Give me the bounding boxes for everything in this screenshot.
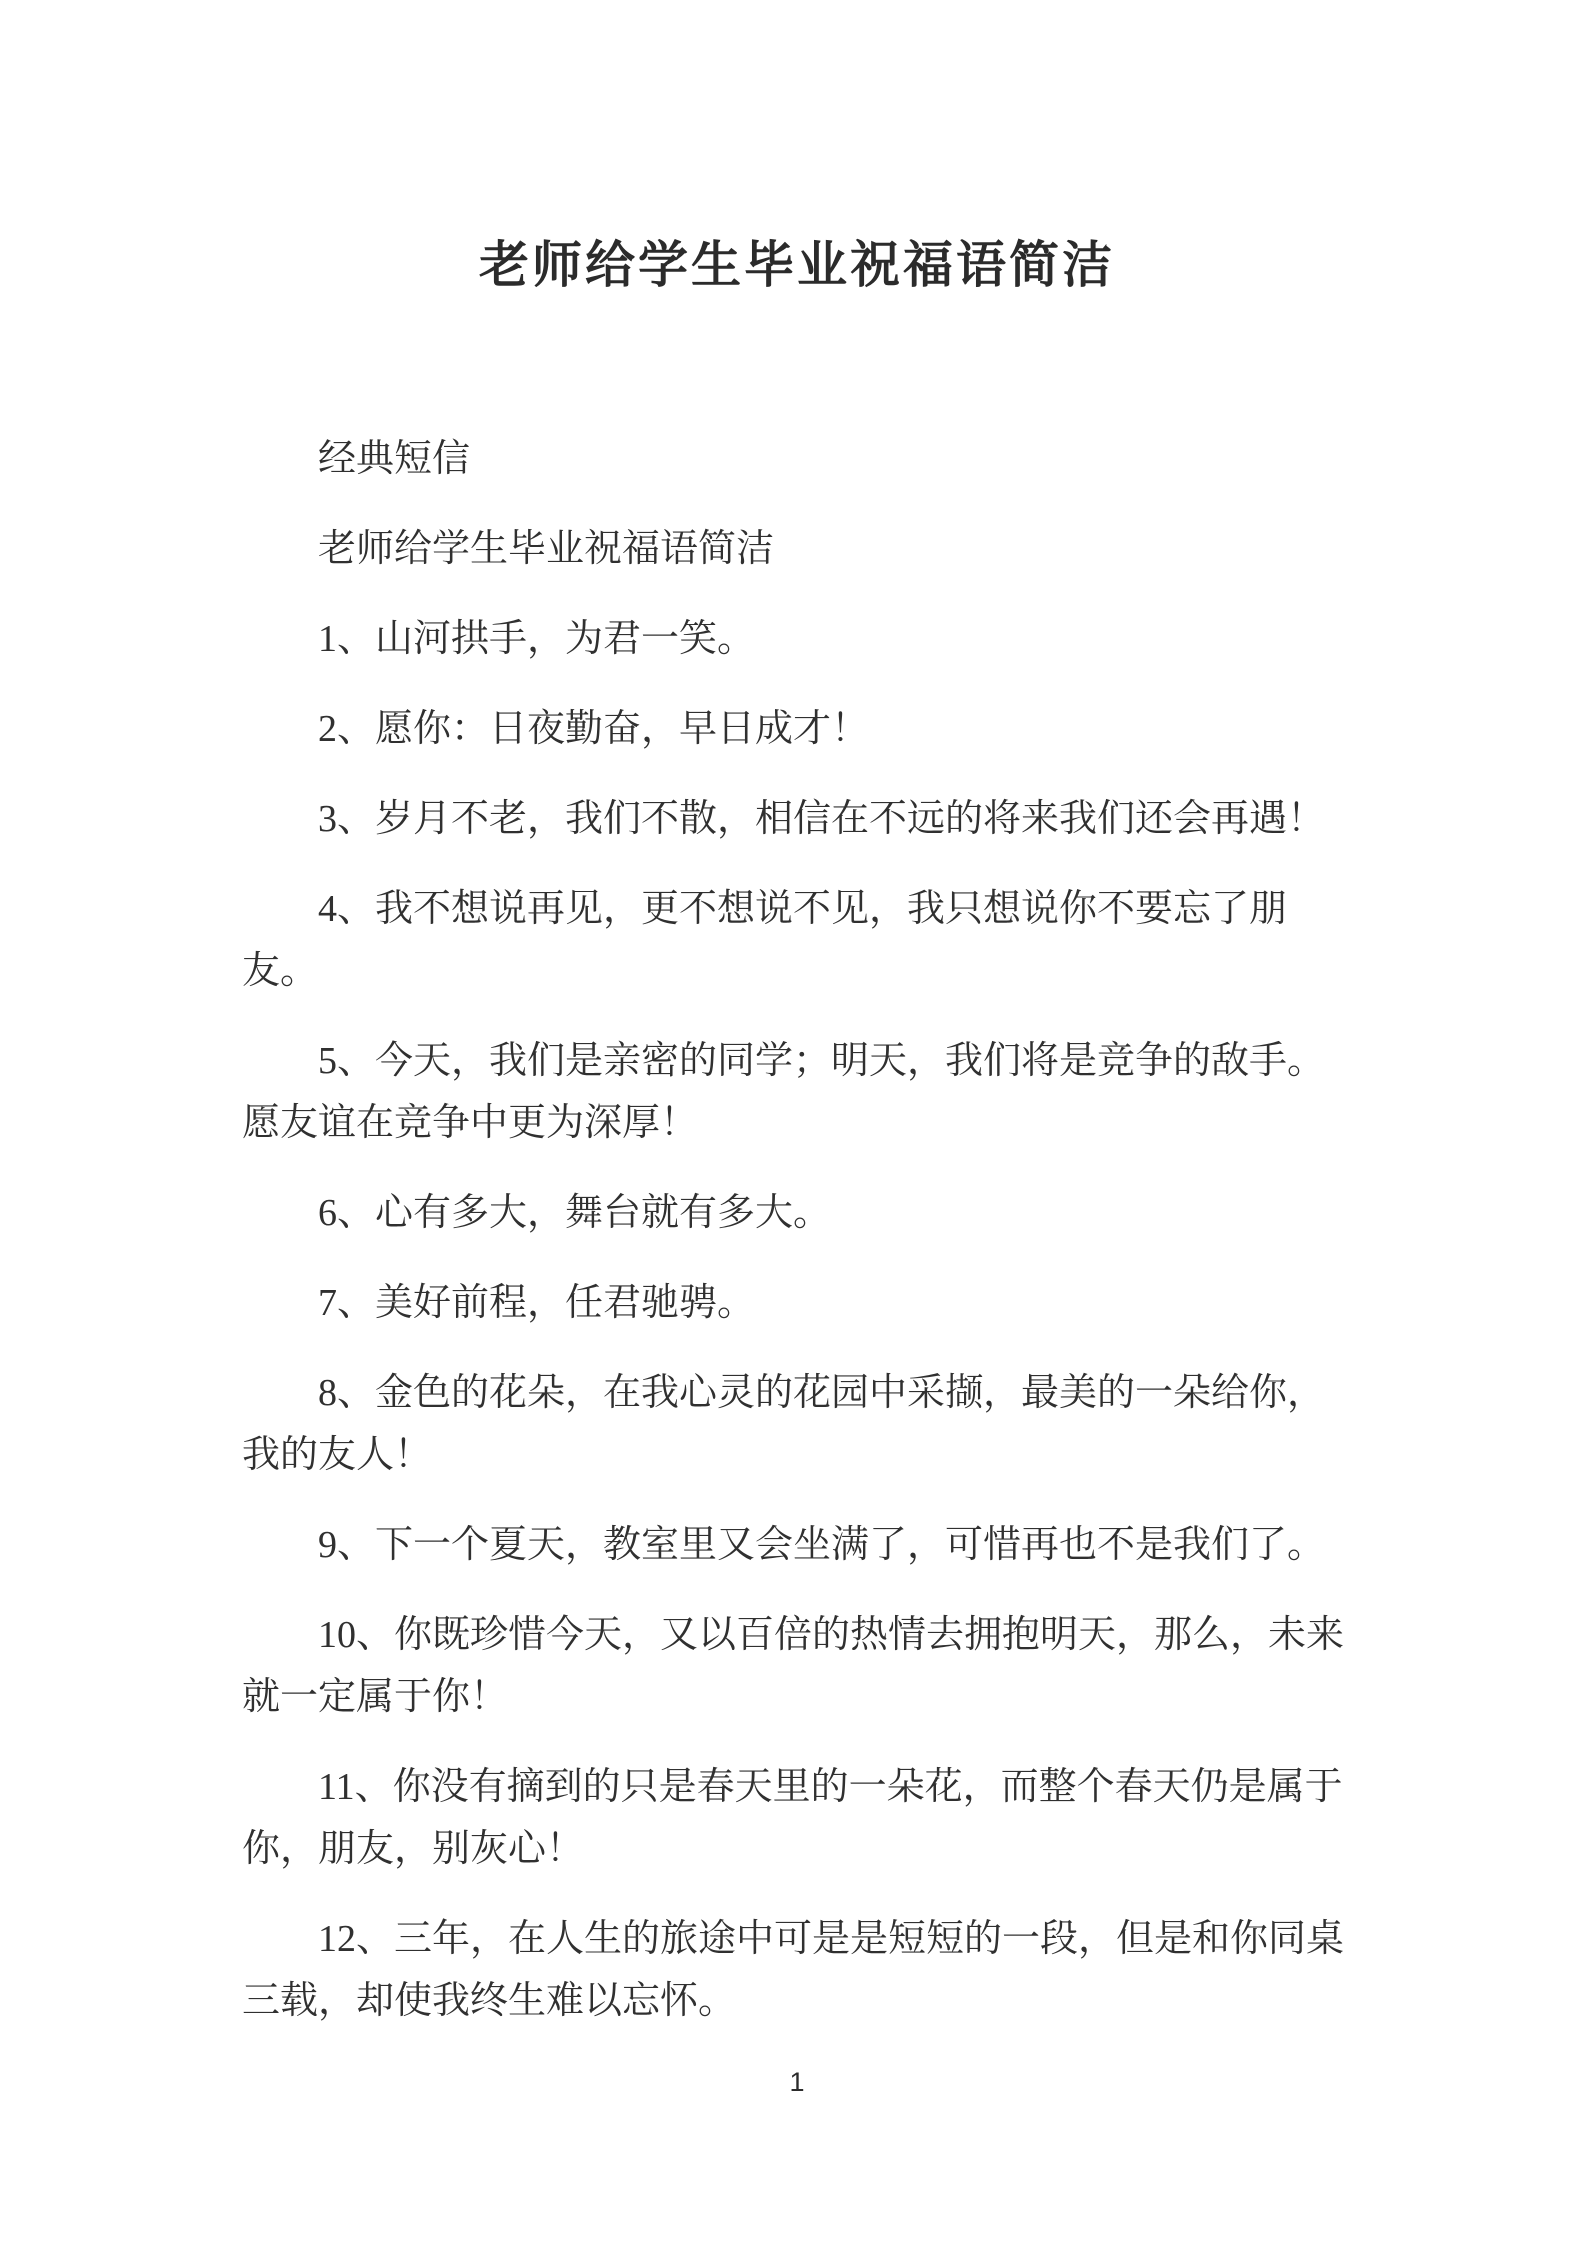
list-item-9: 9、下一个夏天，教室里又会坐满了，可惜再也不是我们了。 — [242, 1514, 1352, 1576]
document-body: 经典短信 老师给学生毕业祝福语简洁 1、山河拱手，为君一笑。 2、愿你：日夜勤奋… — [242, 428, 1352, 2032]
list-item-10: 10、你既珍惜今天，又以百倍的热情去拥抱明天，那么，未来就一定属于你！ — [242, 1604, 1352, 1728]
paragraph-category: 经典短信 — [242, 428, 1352, 490]
page-number: 1 — [0, 2066, 1594, 2098]
list-item-1: 1、山河拱手，为君一笑。 — [242, 608, 1352, 670]
document-title: 老师给学生毕业祝福语简洁 — [0, 0, 1594, 290]
list-item-2: 2、愿你：日夜勤奋，早日成才！ — [242, 698, 1352, 760]
list-item-7: 7、美好前程，任君驰骋。 — [242, 1272, 1352, 1334]
list-item-8: 8、金色的花朵，在我心灵的花园中采撷，最美的一朵给你，我的友人！ — [242, 1362, 1352, 1486]
list-item-12: 12、三年，在人生的旅途中可是是短短的一段，但是和你同桌三载，却使我终生难以忘怀… — [242, 1908, 1352, 2032]
list-item-5: 5、今天，我们是亲密的同学；明天，我们将是竞争的敌手。愿友谊在竞争中更为深厚！ — [242, 1030, 1352, 1154]
list-item-11: 11、你没有摘到的只是春天里的一朵花，而整个春天仍是属于你，朋友，别灰心！ — [242, 1756, 1352, 1880]
list-item-6: 6、心有多大，舞台就有多大。 — [242, 1182, 1352, 1244]
document-page: 老师给学生毕业祝福语简洁 经典短信 老师给学生毕业祝福语简洁 1、山河拱手，为君… — [0, 0, 1594, 2255]
list-item-3: 3、岁月不老，我们不散，相信在不远的将来我们还会再遇！ — [242, 788, 1352, 850]
list-item-4: 4、我不想说再见，更不想说不见，我只想说你不要忘了朋友。 — [242, 878, 1352, 1002]
paragraph-subtitle: 老师给学生毕业祝福语简洁 — [242, 518, 1352, 580]
